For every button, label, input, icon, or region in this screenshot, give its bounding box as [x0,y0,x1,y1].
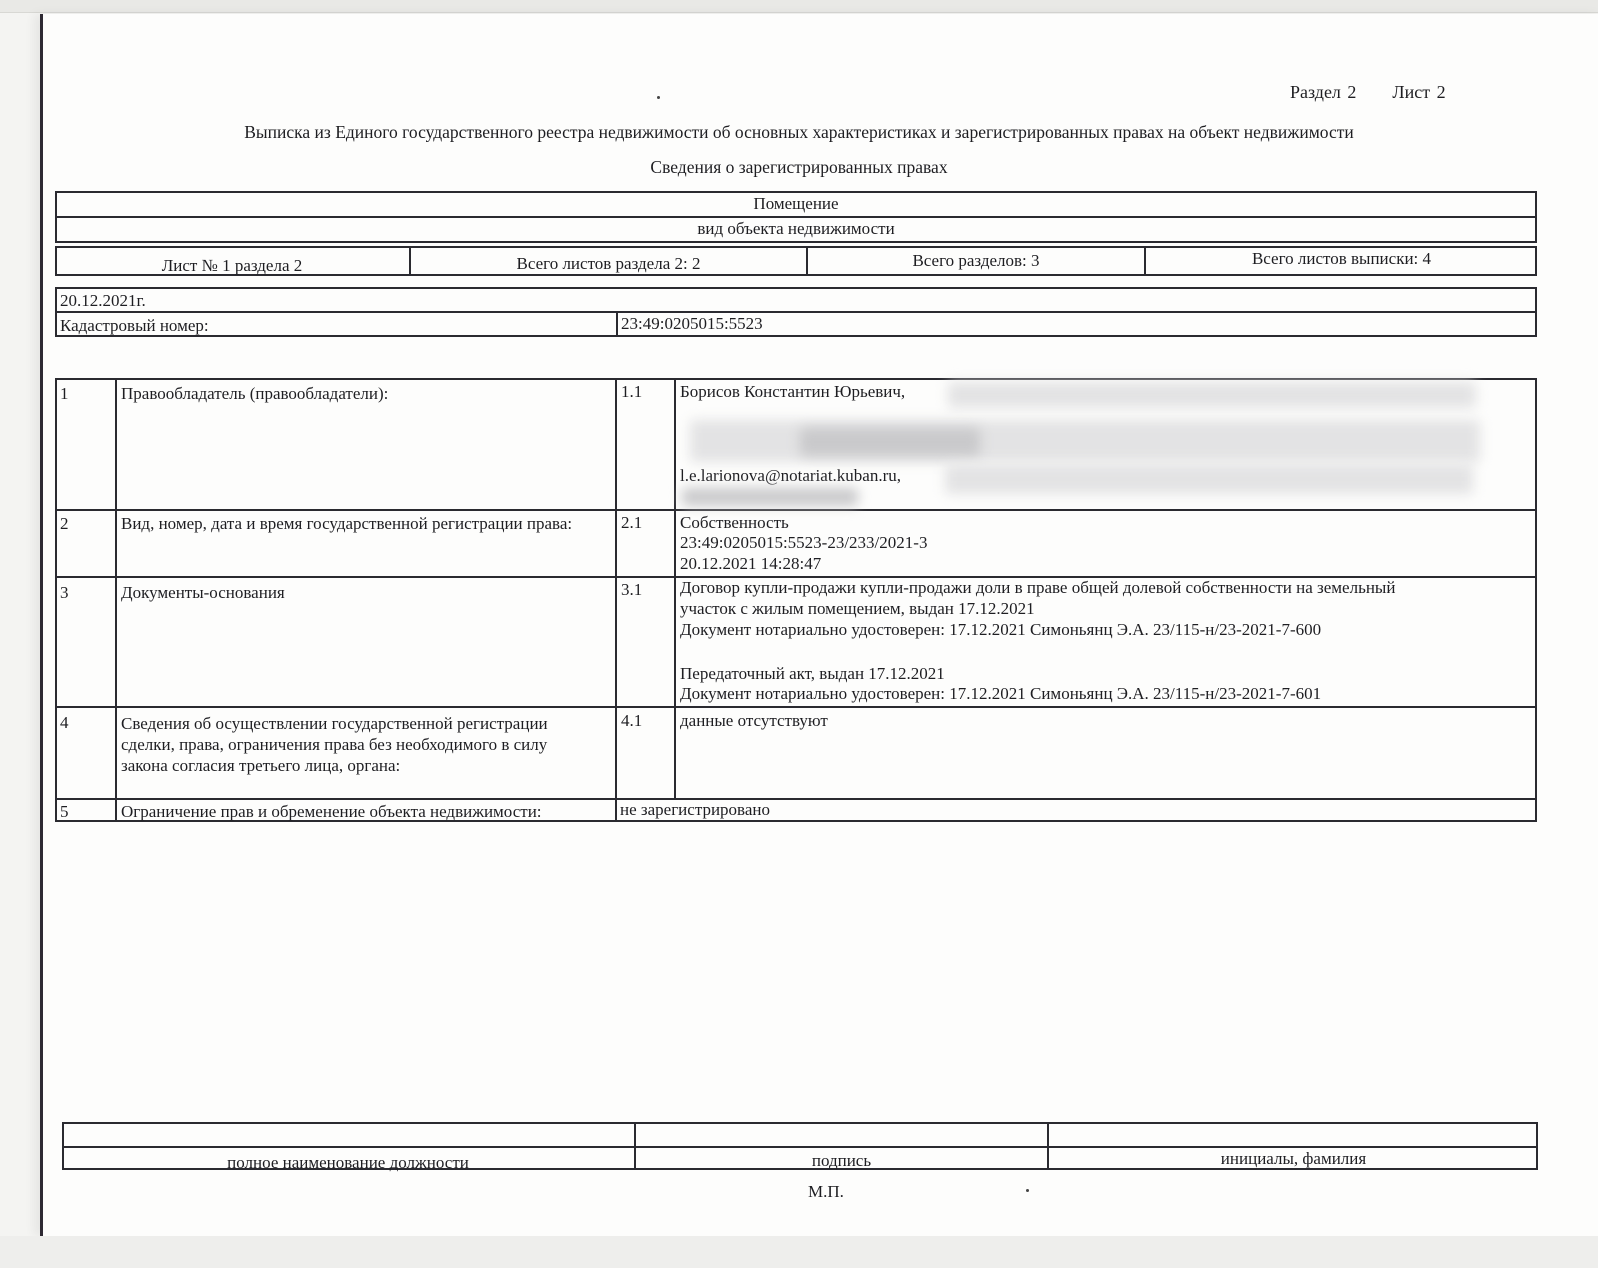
divider [55,311,1537,313]
scan-top-edge [0,0,1598,13]
stamp-label: М.П. [808,1182,844,1202]
redacted-area [800,428,980,456]
object-type-label: вид объекта недвижимости [55,219,1537,239]
document-subtitle: Сведения о зарегистрированных правах [0,157,1598,177]
row-divider [55,509,1537,511]
document-title: Выписка из Единого государственного реес… [0,122,1598,142]
redacted-area [682,488,858,506]
rightholder-email: l.e.larionova@notariat.kuban.ru, [680,466,901,486]
registration-number: 23:49:0205015:5523-23/233/2021-3 [680,533,927,553]
row-divider [55,706,1537,708]
document-line: участок с жилым помещением, выдан 17.12.… [680,599,1035,619]
row-label-documents: Документы-основания [121,583,285,603]
registration-datetime: 20.12.2021 14:28:47 [680,554,821,574]
row-number: 5 [60,802,69,822]
row-divider [55,798,1537,800]
divider [62,1146,1538,1148]
document-line: Передаточный акт, выдан 17.12.2021 [680,664,945,684]
col-divider [674,378,676,798]
extract-date: 20.12.2021г. [60,291,146,311]
document-line: Документ нотариально удостоверен: 17.12.… [680,620,1321,640]
position-label: полное наименование должности [62,1153,634,1173]
cadastral-label: Кадастровый номер: [60,316,209,336]
redacted-area [948,382,1476,408]
section-label: Раздел 2 [1290,82,1356,102]
row-label-third-party-consent: Сведения об осуществлении государственно… [121,713,561,776]
row-subnumber: 3.1 [621,580,642,600]
document-line: Договор купли-продажи купли-продажи доли… [680,578,1395,598]
sheet-number: Лист № 1 раздела 2 [55,256,409,276]
row-label-encumbrance: Ограничение прав и обременение объекта н… [121,802,542,822]
row-subnumber: 2.1 [621,513,642,533]
row-number: 4 [60,713,69,733]
divider [55,216,1537,218]
object-type-value: Помещение [55,194,1537,214]
consent-value: данные отсутствуют [680,711,828,731]
divider [616,311,618,337]
total-sections: Всего разделов: 3 [808,251,1144,271]
document-line: Документ нотариально удостоверен: 17.12.… [680,684,1321,704]
col-divider [115,378,117,822]
total-sheets-extract: Всего листов выписки: 4 [1146,249,1537,269]
row-number: 2 [60,514,69,534]
row-label-rightholder: Правообладатель (правообладатели): [121,384,388,404]
signature-label: подпись [636,1151,1047,1171]
cadastral-number: 23:49:0205015:5523 [621,314,763,334]
row-number: 1 [60,384,69,404]
scan-speck [657,96,660,99]
name-label: инициалы, фамилия [1049,1149,1538,1169]
sheet-label: Лист 2 [1392,82,1445,102]
scan-speck [1026,1189,1029,1192]
rightholder-name: Борисов Константин Юрьевич, [680,382,905,402]
row-subnumber: 1.1 [621,382,642,402]
section-reference: Раздел 2Лист 2 [1290,82,1446,103]
right-type: Собственность [680,513,789,533]
scan-bottom-edge [0,1236,1598,1268]
col-divider [615,378,617,822]
row-number: 3 [60,583,69,603]
redacted-area [945,464,1473,494]
encumbrance-value: не зарегистрировано [620,800,770,820]
row-subnumber: 4.1 [621,711,642,731]
total-sheets-section: Всего листов раздела 2: 2 [411,254,806,274]
row-label-registration: Вид, номер, дата и время государственной… [121,514,609,534]
